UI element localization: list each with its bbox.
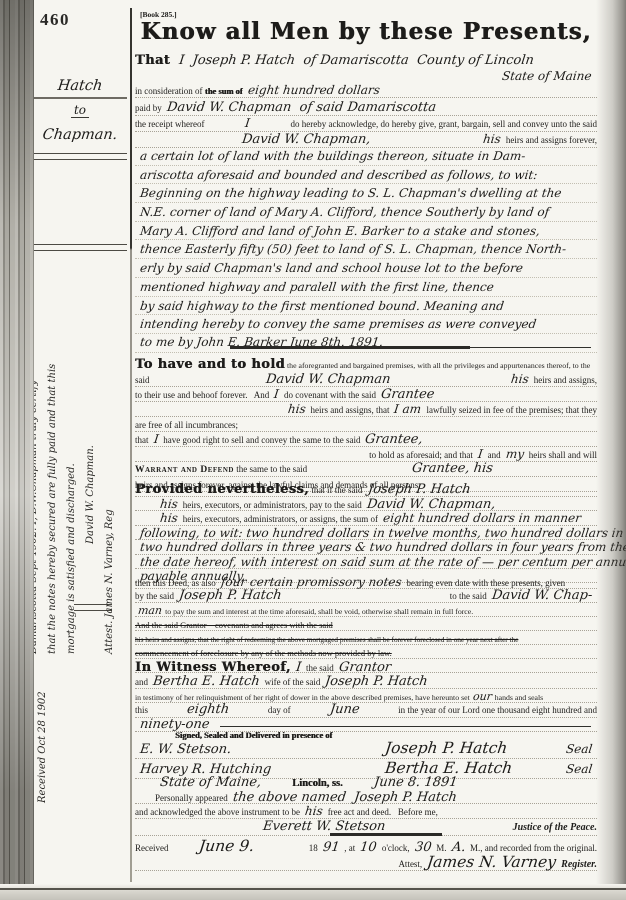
text-segment: , at (344, 840, 355, 857)
text-segment: Grantor (338, 661, 392, 675)
text-segment: day of (268, 704, 291, 718)
signature-block: Signed, Sealed and Delivered in presence… (135, 728, 597, 779)
margin-grantor-name: Hatch (32, 76, 128, 96)
text-segment: I (153, 432, 159, 446)
text-segment: I am (394, 402, 423, 416)
defeasance-clause: then this Deed, as alsofour certain prom… (135, 575, 597, 673)
deed-record-page: 460 [Book 285.] Hatch to Chapman. Damari… (0, 0, 626, 900)
text-segment: State of Maine, (159, 775, 262, 791)
text-segment: free act and deed. Before me, (328, 807, 438, 817)
testimonium-clause: In Witness Whereof,Ithe saidGrantorandBe… (135, 660, 597, 732)
text-segment: eight hundred dollars in manner (382, 512, 581, 525)
text-segment: the date hereof, with interest on said s… (139, 556, 626, 569)
text-segment: David W. Chapman of said Damariscotta (166, 99, 437, 116)
form-line: and acknowledged the above instrument to… (135, 804, 597, 819)
text-segment: June 9. (198, 838, 255, 855)
form-line: hisheirs and assigns, thatI amlawfully s… (135, 402, 597, 417)
form-line: then this Deed, as alsofour certain prom… (135, 575, 597, 589)
form-line: N.E. corner of land of Mary A. Clifford,… (135, 203, 597, 222)
text-segment: Joseph P. Hatch (325, 675, 429, 689)
form-line: That I Joseph P. Hatch of Damariscotta C… (135, 50, 597, 69)
text-segment: heirs shall and will (529, 448, 597, 462)
text-segment: heirs, executors, administrators, or ass… (183, 514, 378, 524)
text-segment: to their use and behoof forever. And (135, 390, 269, 400)
text-segment: lawfully seized in fee of the premises; … (427, 403, 597, 417)
form-line: to me by John E. Barker June 8th. 1891. (135, 334, 597, 353)
form-line: Warrant and Defend the same to the saidG… (135, 462, 597, 477)
margin-index: Hatch to Chapman. (33, 76, 127, 160)
form-line: the receipt whereofIdo hereby acknowledg… (135, 116, 597, 132)
form-line: hisheirs, executors, administrators, or … (135, 511, 597, 525)
presence-label-text: Signed, Sealed and Delivered in presence… (175, 730, 332, 740)
form-line: Personally appearedthe above named Josep… (135, 790, 597, 804)
form-line: Attest,James N. VarneyRegister. (135, 855, 597, 871)
text-segment: his heirs and assigns, that the right of… (135, 635, 518, 644)
text-segment: David W. Chapman, (241, 132, 371, 147)
text-segment: the said (306, 663, 334, 673)
text-segment: heirs, executors, or administrators, pay… (183, 500, 362, 510)
text-segment: do covenant with the said (284, 390, 376, 400)
text-segment: eight hundred dollars (247, 83, 381, 98)
text-segment: in consideration of (135, 86, 205, 96)
text-segment: And the said Grantor covenants and agree… (135, 620, 333, 630)
text-segment: Grantee, his (411, 462, 494, 476)
form-line: In Witness Whereof,Ithe saidGrantor (135, 660, 597, 674)
form-line: commencement of foreclosure by any of th… (135, 645, 597, 659)
form-line: David W. Chapman,hisheirs and assigns fo… (135, 132, 597, 148)
form-line: paid byDavid W. Chapman of said Damarisc… (135, 98, 597, 116)
property-description: a certain lot of land with the buildings… (135, 147, 597, 353)
margin-received-note: Received Oct 28 1902 (34, 658, 54, 803)
text-segment: David W. Chapman (265, 373, 391, 387)
form-line: in consideration of the sum ofeight hund… (135, 82, 597, 98)
text-segment: erly by said Chapman's land and school h… (139, 260, 524, 278)
deed-title: Know all Men by these Presents, (135, 18, 597, 45)
form-line: two hundred dollars in three years & two… (135, 540, 597, 554)
text-segment: are free of all incumbrances; (135, 420, 238, 430)
text-segment: that (135, 435, 149, 445)
form-line: mentioned highway and paralell with the … (135, 278, 597, 297)
text-segment: 10 (359, 839, 378, 856)
text-segment: my (505, 447, 525, 461)
text-segment: eighth (186, 703, 230, 717)
text-segment: and (135, 677, 148, 687)
form-line: to hold as aforesaid; and thatIandmyheir… (135, 447, 597, 462)
recording-block: ReceivedJune 9.1891, at10o'clock,30M.A.M… (135, 838, 597, 871)
text-segment: the sum of (205, 86, 243, 96)
text-segment: Mary A. Clifford and land of John E. Bar… (139, 223, 541, 241)
text-segment: heirs and assigns, (534, 373, 597, 387)
text-segment: the same to the said (234, 462, 307, 476)
form-line: thatIhave good right to sell and convey … (135, 432, 597, 447)
text-segment: man (137, 604, 163, 617)
form-line: following, to wit: two hundred dollars i… (135, 526, 597, 540)
form-line: To have and to hold the aforegranted and… (135, 356, 597, 372)
form-line: Mary A. Clifford and land of John E. Bar… (135, 222, 597, 241)
text-segment: thence Easterly fifty (50) feet to land … (139, 241, 567, 259)
text-segment: to pay the sum and interest at the time … (165, 607, 473, 616)
grantor-signature: Joseph P. Hatch (384, 739, 509, 758)
text-segment: In Witness Whereof, (135, 660, 291, 675)
text-segment: and (488, 448, 501, 462)
form-line: State of Maine (135, 69, 597, 82)
form-line: And the said Grantor covenants and agree… (135, 617, 597, 631)
text-segment: two hundred dollars in three years & two… (139, 541, 626, 554)
text-segment: to hold as aforesaid; and that (369, 448, 473, 462)
text-segment: Grantee, (365, 433, 424, 447)
form-line: ariscotta aforesaid and bounded and desc… (135, 166, 597, 185)
ink-line (220, 726, 591, 727)
text-segment: ariscotta aforesaid and bounded and desc… (139, 167, 538, 185)
text-segment: Bertha E. Hatch (152, 675, 260, 689)
form-line: by said highway to the first mentioned b… (135, 297, 597, 316)
text-segment: do hereby acknowledge, do hereby give, g… (291, 117, 598, 132)
text-segment: and acknowledged the above instrument to… (135, 807, 300, 817)
text-segment: State of Maine (502, 70, 593, 83)
form-line: erly by said Chapman's land and school h… (135, 259, 597, 278)
text-segment: I (477, 447, 483, 461)
form-line: Provided nevertheless, that if the saidJ… (135, 481, 597, 497)
text-segment: in testimony of her relinquishment of he… (135, 693, 470, 702)
form-line: a certain lot of land with the buildings… (135, 147, 597, 166)
text-segment: the receipt whereof (135, 117, 204, 132)
text-segment: hands and seals (495, 693, 544, 702)
form-line: to their use and behoof forever. AndIdo … (135, 387, 597, 402)
text-segment: the aforegranted and bargained premises,… (285, 361, 590, 370)
text-segment: by the said (135, 590, 174, 603)
acknowledgment-block: State of Maine,Lincoln, ss.June 8. 1891P… (135, 774, 597, 836)
text-segment: I (295, 661, 302, 675)
text-segment: Joseph P. Hatch (178, 589, 282, 602)
text-segment: his (287, 402, 306, 416)
margin-note-line: that the notes hereby secured are fully … (43, 250, 62, 654)
text-segment: intending hereby to convey the same prem… (139, 316, 537, 334)
text-segment: 91 (322, 839, 341, 856)
text-segment: paid by (135, 103, 162, 113)
text-segment: in the year of our Lord one thousand eig… (398, 704, 597, 718)
text-segment: the above named Joseph P. Hatch (232, 791, 457, 804)
text-segment: Attest, (398, 857, 422, 872)
margin-received-line: Received Oct 28 1902 (34, 658, 52, 803)
text-segment: his (510, 372, 529, 386)
text-segment: Joseph P. Hatch (367, 482, 471, 497)
text-segment: Received (135, 840, 168, 857)
text-segment: David W. Chapman, (366, 498, 496, 511)
form-line: are free of all incumbrances; (135, 417, 597, 432)
margin-rule (33, 153, 127, 160)
presence-label: Signed, Sealed and Delivered in presence… (135, 728, 597, 739)
text-segment: commencement of foreclosure by any of th… (135, 648, 392, 658)
text-segment: mentioned highway and paralell with the … (139, 279, 495, 297)
margin-note-line: Attest. James N. Varney, Reg (100, 250, 119, 654)
text-segment: our (472, 690, 493, 704)
seal-label: Seal (565, 740, 594, 759)
text-segment: this (135, 704, 148, 718)
proviso-clause: Provided nevertheless, that if the saidJ… (135, 481, 597, 583)
text-segment: Provided nevertheless, (135, 482, 309, 497)
form-line: intending hereby to convey the same prem… (135, 315, 597, 334)
text-segment: Register. (561, 857, 597, 872)
text-segment: June 8. 1891 (373, 775, 458, 791)
opening-clause: That I Joseph P. Hatch of Damariscotta C… (135, 50, 597, 148)
text-segment: Grantee (380, 388, 435, 402)
form-line: the date hereof, with interest on said s… (135, 555, 597, 569)
margin-vertical-rule (130, 8, 132, 882)
page-number: 460 (40, 10, 70, 30)
text-segment: his (482, 132, 502, 147)
form-line: hisheirs, executors, or administrators, … (135, 497, 597, 511)
text-segment: a certain lot of land with the buildings… (139, 148, 526, 166)
section-divider (230, 346, 470, 349)
form-line: by the saidJoseph P. Hatchto the saidDav… (135, 589, 597, 603)
habendum-clause: To have and to hold the aforegranted and… (135, 356, 597, 492)
text-segment: David W. Chap- (491, 589, 593, 602)
text-segment: Justice of the Peace. (513, 820, 597, 836)
form-line: saidDavid W. Chapmanhisheirs and assigns… (135, 372, 597, 387)
text-segment: that if the said (309, 485, 363, 495)
margin-note-line: mortgage is satisfied and discharged. (62, 250, 81, 654)
form-line: State of Maine,Lincoln, ss.June 8. 1891 (135, 774, 597, 790)
text-segment: his (159, 498, 178, 511)
text-segment: his (304, 804, 323, 818)
text-segment: following, to wit: two hundred dollars i… (139, 527, 626, 540)
text-segment: heirs and assigns, that (310, 403, 389, 417)
text-segment: wife of the said (265, 677, 321, 687)
text-segment: have good right to sell and convey the s… (163, 435, 360, 445)
text-segment: o'clock, (382, 840, 410, 857)
text-segment: Warrant and Defend (135, 463, 234, 477)
text-segment: Lincoln, ss. (292, 778, 342, 789)
section-divider (330, 833, 442, 836)
text-segment: his (159, 512, 178, 525)
form-line: his heirs and assigns, that the right of… (135, 631, 597, 645)
margin-grantee-name: Chapman. (32, 125, 128, 145)
text-segment: heirs and assigns forever, (506, 133, 597, 148)
text-segment: That (135, 53, 170, 68)
form-line: thiseighthday ofJunein the year of our L… (135, 703, 597, 718)
binding-edge (0, 0, 34, 900)
text-segment: to the said (450, 590, 487, 603)
form-line: Beginning on the highway leading to S. L… (135, 184, 597, 203)
page-gutter-shadow (596, 0, 626, 900)
text-segment: Personally appeared (155, 793, 228, 803)
form-line: manto pay the sum and interest at the ti… (135, 603, 597, 617)
form-line: thence Easterly fifty (50) feet to land … (135, 240, 597, 259)
form-line: in testimony of her relinquishment of he… (135, 689, 597, 704)
form-line: andBertha E. Hatchwife of the saidJoseph… (135, 674, 597, 689)
page-bottom-edge (0, 884, 626, 900)
text-segment: N.E. corner of land of Mary A. Clifford,… (139, 204, 550, 222)
text-segment: James N. Varney (426, 855, 557, 870)
text-segment: I (244, 116, 251, 131)
margin-connector: to (71, 103, 89, 118)
text-segment: Beginning on the highway leading to S. L… (139, 185, 563, 203)
signature-row: E. W. Stetson. Joseph P. Hatch Seal (135, 739, 597, 759)
text-segment: said (135, 373, 150, 387)
text-segment: I Joseph P. Hatch of Damariscotta County… (174, 51, 535, 70)
text-segment: I (273, 387, 279, 401)
text-segment: 18 (309, 840, 318, 857)
text-segment: then this Deed, as also (135, 578, 216, 588)
text-segment: To have and to hold (135, 357, 285, 372)
text-segment: by said highway to the first mentioned b… (139, 298, 505, 316)
text-segment: June (329, 703, 360, 717)
margin-note-line: David W. Chapman. (81, 250, 100, 654)
margin-discharge-note: Damariscotta Sept 1902. I, D.W.Chapman t… (24, 250, 120, 654)
text-segment: bearing even date with these presents, g… (406, 578, 565, 588)
witness-signature: E. W. Stetson. (139, 740, 376, 759)
